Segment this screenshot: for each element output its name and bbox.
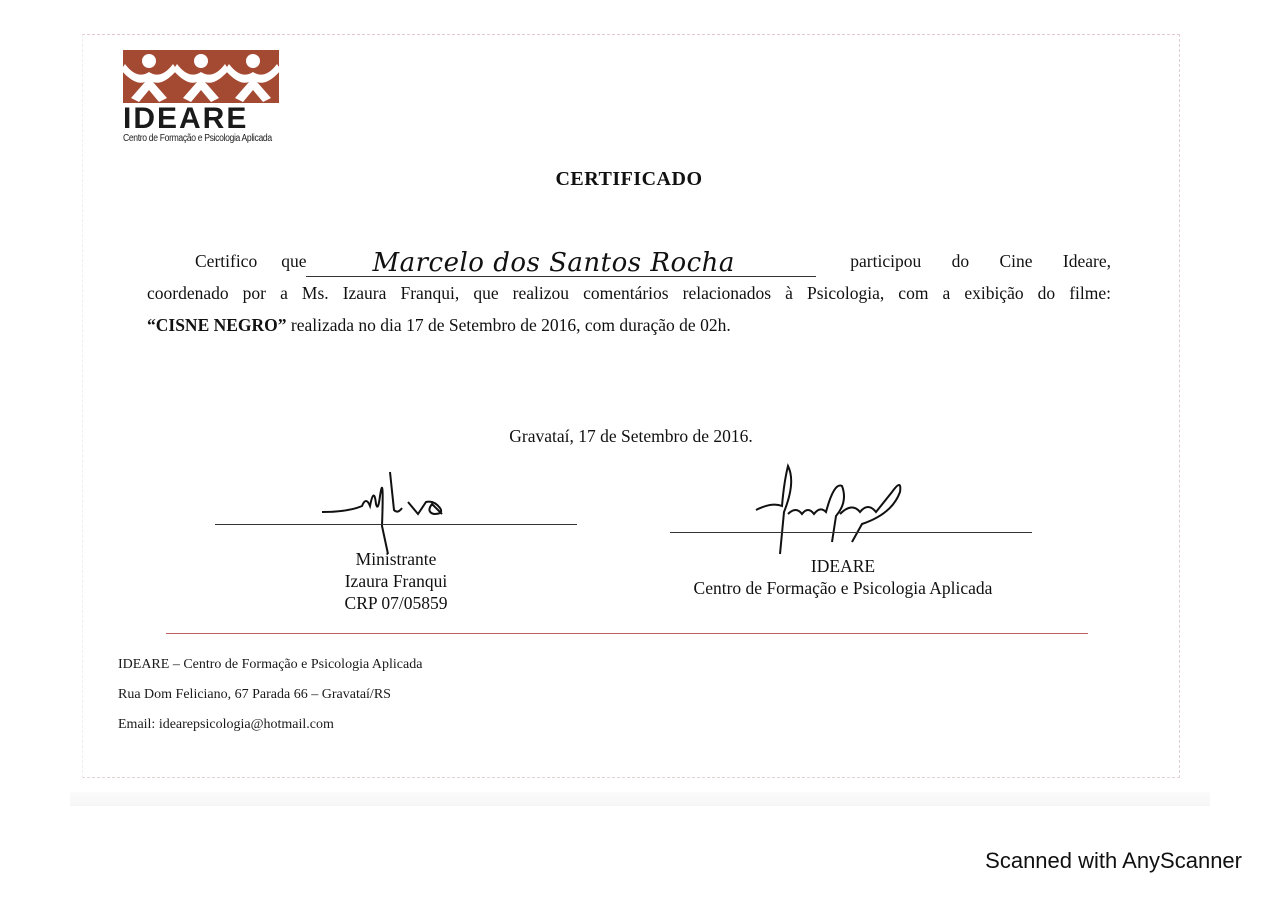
signature-block-left: Ministrante Izaura Franqui CRP 07/05859 bbox=[296, 548, 496, 614]
certificate-body: Certifico que Marcelo dos Santos Rocha p… bbox=[147, 245, 1111, 341]
footer-org: IDEARE – Centro de Formação e Psicologia… bbox=[118, 650, 422, 680]
signature-line-right bbox=[670, 532, 1032, 533]
footer-contact: IDEARE – Centro de Formação e Psicologia… bbox=[118, 650, 422, 740]
logo-figures-icon bbox=[123, 50, 279, 103]
recipient-name: Marcelo dos Santos Rocha bbox=[372, 247, 734, 279]
footer-email: Email: idearepsicologia@hotmail.com bbox=[118, 710, 422, 740]
signer-org-full: Centro de Formação e Psicologia Aplicada bbox=[660, 577, 1026, 599]
film-title: “CISNE NEGRO” bbox=[147, 315, 287, 335]
scanner-watermark: Scanned with AnyScanner bbox=[985, 848, 1242, 874]
body-line-1: Certifico que Marcelo dos Santos Rocha p… bbox=[147, 245, 1111, 277]
que-word: que bbox=[281, 245, 306, 277]
signer-org: IDEARE bbox=[660, 555, 1026, 577]
signature-block-right: IDEARE Centro de Formação e Psicologia A… bbox=[660, 555, 1026, 599]
recipient-name-field: Marcelo dos Santos Rocha bbox=[306, 254, 816, 277]
place-date: Gravataí, 17 de Setembro de 2016. bbox=[0, 426, 1262, 447]
signature-line-left bbox=[215, 524, 577, 525]
footer-address: Rua Dom Feliciano, 67 Parada 66 – Gravat… bbox=[118, 680, 422, 710]
footer-divider bbox=[166, 633, 1088, 634]
participated-text: participou do Cine Ideare, bbox=[850, 245, 1111, 277]
signer-name: Izaura Franqui bbox=[296, 570, 496, 592]
logo-subtitle: Centro de Formação e Psicologia Aplicada bbox=[123, 133, 261, 144]
ideare-logo: IDEARE Centro de Formação e Psicologia A… bbox=[123, 50, 283, 144]
body-line-3: “CISNE NEGRO” realizada no dia 17 de Set… bbox=[147, 309, 1111, 341]
certify-word: Certifico bbox=[195, 245, 257, 277]
certificate-title: CERTIFICADO bbox=[0, 168, 1258, 191]
signer-role: Ministrante bbox=[296, 548, 496, 570]
body-line-2: coordenado por a Ms. Izaura Franqui, que… bbox=[147, 277, 1111, 309]
logo-name: IDEARE bbox=[123, 105, 283, 133]
signature-ministrante-icon bbox=[318, 466, 458, 556]
scan-shadow bbox=[70, 792, 1210, 806]
signature-ideare-icon bbox=[752, 462, 912, 562]
signer-registration: CRP 07/05859 bbox=[296, 592, 496, 614]
